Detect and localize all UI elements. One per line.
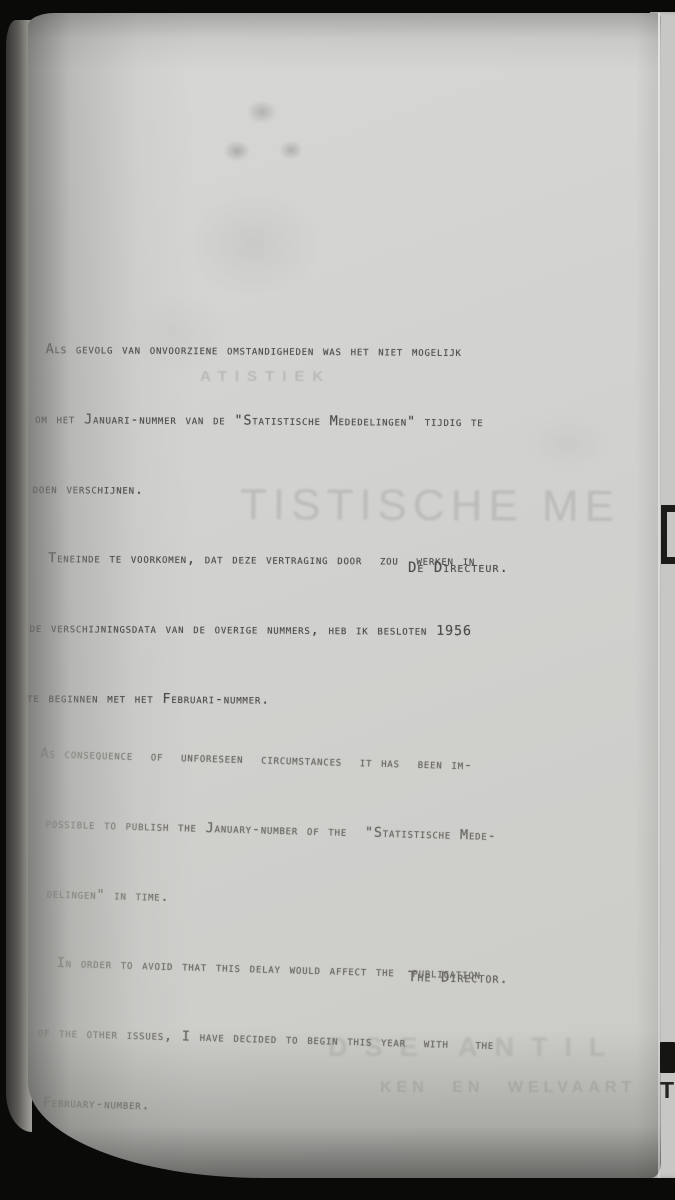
dutch-line: de verschijningsdata van de overige numm… — [30, 610, 636, 652]
book-page: ATISTIEK TISTISCHE ME DSE ANTIL KEN EN W… — [28, 13, 661, 1178]
book-photo-scene: ATISTIEK TISTISCHE ME DSE ANTIL KEN EN W… — [0, 0, 675, 1200]
english-line: delingen" in time. — [46, 875, 633, 929]
dutch-notice-paragraphs: Als gevolg van onvoorziene omstandighede… — [27, 299, 638, 754]
dutch-signature: De Directeur. — [408, 560, 509, 576]
english-line: of the other issues, I have decided to b… — [37, 1015, 629, 1069]
dutch-line: om het Januari-nummer van de "Statistisc… — [35, 401, 637, 443]
english-signature: The Director. — [408, 969, 509, 987]
page-right-edge-highlight — [658, 13, 660, 1178]
edge-print-fragment-bracket — [661, 505, 675, 564]
edge-print-fragment-letter-t: T — [660, 1077, 674, 1104]
english-line: In order to avoid that this delay would … — [56, 945, 631, 999]
dutch-line: Teneinde te voorkomen, dat deze vertragi… — [48, 541, 636, 583]
edge-print-fragment-block — [660, 1042, 675, 1073]
english-line: February-number. — [42, 1085, 627, 1139]
english-line: As consequence of unforeseen circumstanc… — [40, 735, 637, 789]
dutch-line: doen verschijnen. — [33, 471, 637, 513]
english-notice-paragraphs: As consequence of unforeseen circumstanc… — [17, 703, 637, 1171]
dutch-line: Als gevolg van onvoorziene omstandighede… — [46, 331, 638, 373]
english-line: possible to publish the January-number o… — [45, 805, 635, 859]
